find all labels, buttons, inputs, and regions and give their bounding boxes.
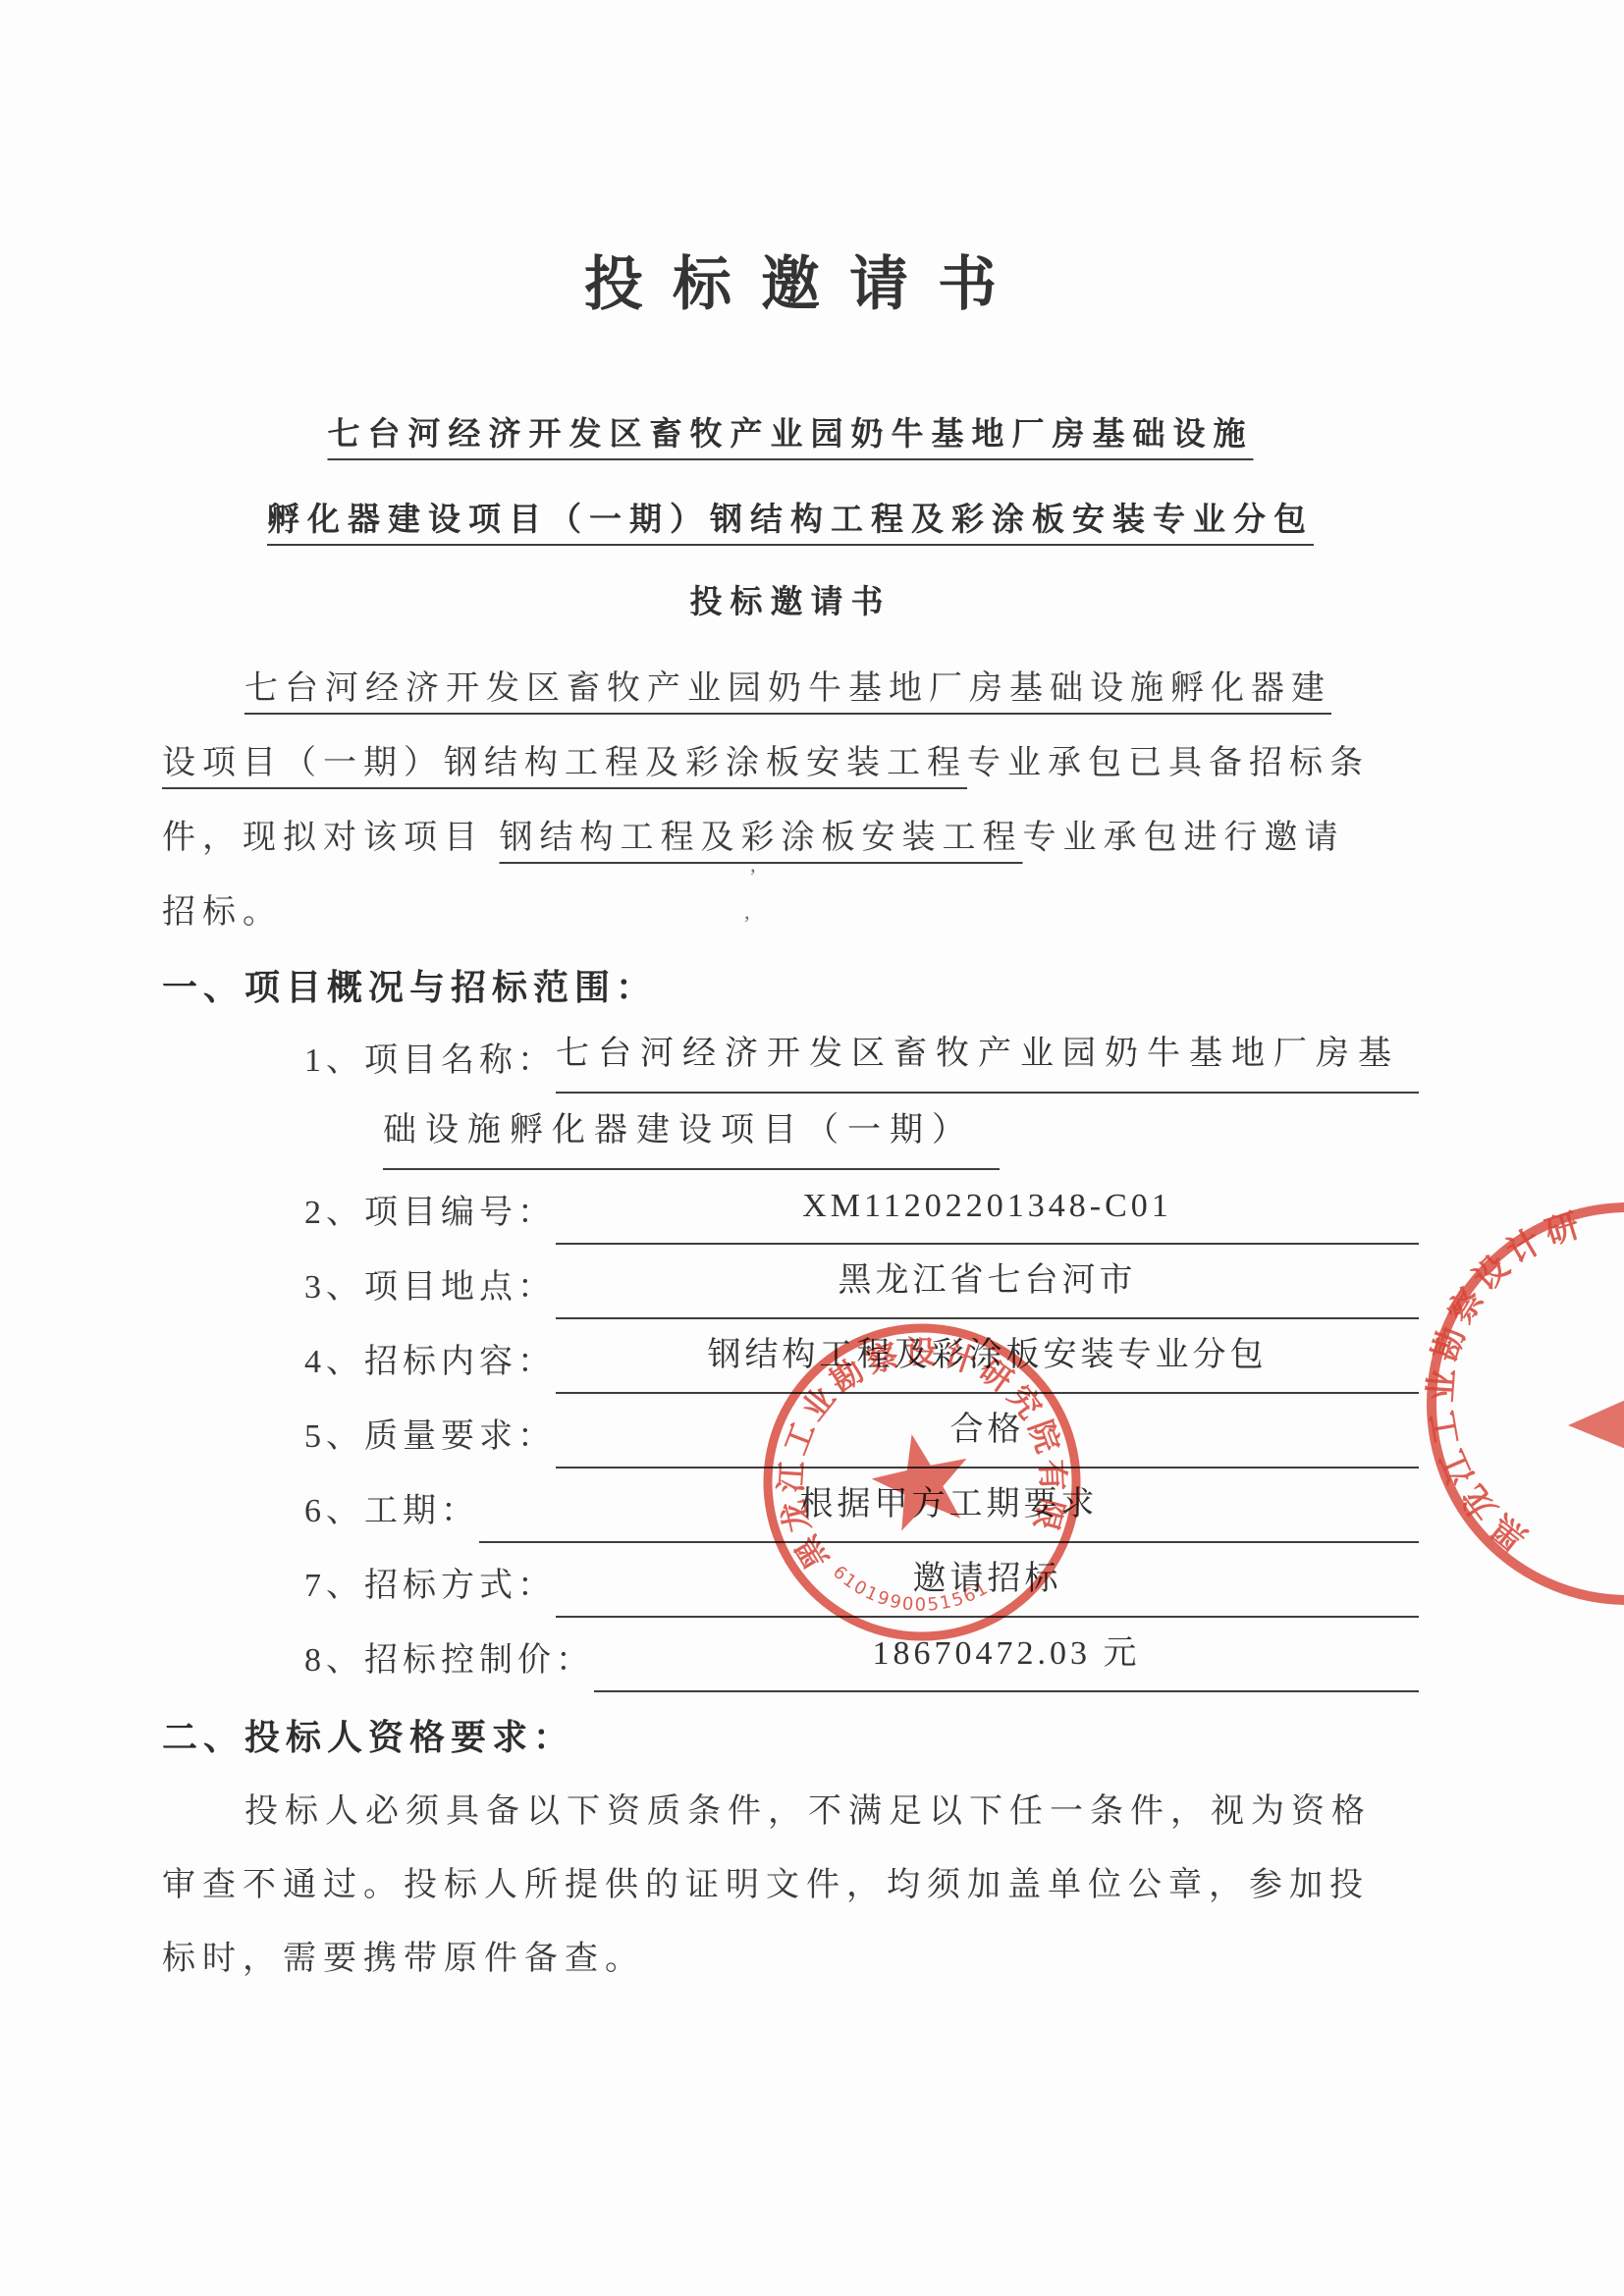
- tender-method-label: 7、招标方式：: [304, 1551, 556, 1626]
- tender-content-value: 钢结构工程及彩涂板安装专业分包: [556, 1327, 1419, 1394]
- project-name-value-line1: 七台河经济开发区畜牧产业园奶牛基地厂房基: [556, 1025, 1419, 1094]
- quality-requirement-label: 5、质量要求：: [304, 1402, 556, 1476]
- intro-line-2-plain: 专业承包已具备招标条: [967, 745, 1370, 781]
- qualification-paragraph: 投标人必须具备以下资质条件，不满足以下任一条件，视为资格 审查不通过。投标人所提…: [162, 1775, 1419, 1996]
- intro-line-2-underlined: 设项目（一期）钢结构工程及彩涂板安装工程: [162, 745, 967, 781]
- subtitle-line-2-text: 孵化器建设项目（一期）钢结构工程及彩涂板安装专业分包: [267, 503, 1314, 538]
- quality-requirement-value: 合格: [556, 1402, 1419, 1468]
- intro-line-3-plain-b: 专业承包进行邀请: [1023, 820, 1345, 856]
- project-name-value-line2: 础设施孵化器建设项目（一期）: [383, 1101, 1000, 1170]
- project-name-row-continued: 础设施孵化器建设项目（一期）: [162, 1101, 1419, 1178]
- project-name-row: 1、项目名称： 七台河经济开发区畜牧产业园奶牛基地厂房基: [162, 1025, 1419, 1101]
- qualification-line-2: 审查不通过。投标人所提供的证明文件，均须加盖单位公章，参加投: [162, 1848, 1419, 1922]
- section2-heading: 二、投标人资格要求：: [162, 1700, 1419, 1775]
- intro-line-4: 招标。: [162, 876, 1419, 950]
- intro-line-3-plain-a: 件，现拟对该项目: [162, 820, 500, 856]
- scan-artifact-mark: ’: [743, 911, 750, 936]
- intro-line-3: 件，现拟对该项目 钢结构工程及彩涂板安装工程专业承包进行邀请: [162, 801, 1419, 876]
- intro-line-1: 七台河经济开发区畜牧产业园奶牛基地厂房基础设施孵化器建: [162, 652, 1419, 726]
- intro-paragraph: 七台河经济开发区畜牧产业园奶牛基地厂房基础设施孵化器建 设项目（一期）钢结构工程…: [162, 652, 1419, 950]
- tender-method-row: 7、招标方式： 邀请招标: [162, 1551, 1419, 1626]
- control-price-value: 18670472.03 元: [594, 1626, 1419, 1692]
- construction-period-value: 根据甲方工期要求: [479, 1476, 1419, 1543]
- intro-line-3-underlined: 钢结构工程及彩涂板安装工程: [500, 820, 1023, 856]
- project-number-row: 2、项目编号： XM11202201348-C01: [162, 1178, 1419, 1253]
- subtitle-line-2: 孵化器建设项目（一期）钢结构工程及彩涂板安装专业分包: [162, 479, 1419, 561]
- project-number-value: XM11202201348-C01: [556, 1178, 1419, 1245]
- construction-period-label: 6、工期：: [304, 1476, 479, 1551]
- scan-artifact-mark: ’: [749, 864, 756, 889]
- control-price-label: 8、招标控制价：: [304, 1626, 594, 1700]
- section1-heading: 一、项目概况与招标范围：: [162, 950, 1419, 1025]
- project-location-value: 黑龙江省七台河市: [556, 1253, 1419, 1319]
- construction-period-row: 6、工期： 根据甲方工期要求: [162, 1476, 1419, 1551]
- intro-line-2: 设项目（一期）钢结构工程及彩涂板安装工程专业承包已具备招标条: [162, 726, 1419, 801]
- qualification-line-1: 投标人必须具备以下资质条件，不满足以下任一条件，视为资格: [162, 1775, 1419, 1848]
- tender-method-value: 邀请招标: [556, 1551, 1419, 1618]
- quality-requirement-row: 5、质量要求： 合格: [162, 1402, 1419, 1476]
- tender-content-row: 4、招标内容： 钢结构工程及彩涂板安装专业分包: [162, 1327, 1419, 1402]
- subtitle-block: 七台河经济开发区畜牧产业园奶牛基地厂房基础设施 孵化器建设项目（一期）钢结构工程…: [162, 391, 1419, 644]
- intro-line-1-underlined: 七台河经济开发区畜牧产业园奶牛基地厂房基础设施孵化器建: [244, 670, 1331, 707]
- subtitle-line-1-text: 七台河经济开发区畜牧产业园奶牛基地厂房基础设施: [328, 417, 1254, 453]
- scanned-document-page: 投标邀请书 七台河经济开发区畜牧产业园奶牛基地厂房基础设施 孵化器建设项目（一期…: [0, 0, 1624, 2296]
- subtitle-line-1: 七台河经济开发区畜牧产业园奶牛基地厂房基础设施: [162, 391, 1419, 479]
- tender-content-label: 4、招标内容：: [304, 1327, 556, 1402]
- document-title: 投标邀请书: [162, 247, 1419, 322]
- project-location-row: 3、项目地点： 黑龙江省七台河市: [162, 1253, 1419, 1327]
- subtitle-line-3: 投标邀请书: [162, 561, 1419, 644]
- control-price-row: 8、招标控制价： 18670472.03 元: [162, 1626, 1419, 1700]
- document-body: 投标邀请书 七台河经济开发区畜牧产业园奶牛基地厂房基础设施 孵化器建设项目（一期…: [0, 0, 1624, 2296]
- qualification-line-3: 标时，需要携带原件备查。: [162, 1922, 1419, 1996]
- project-location-label: 3、项目地点：: [304, 1253, 556, 1327]
- project-number-label: 2、项目编号：: [304, 1178, 556, 1253]
- project-name-label: 1、项目名称：: [304, 1025, 556, 1101]
